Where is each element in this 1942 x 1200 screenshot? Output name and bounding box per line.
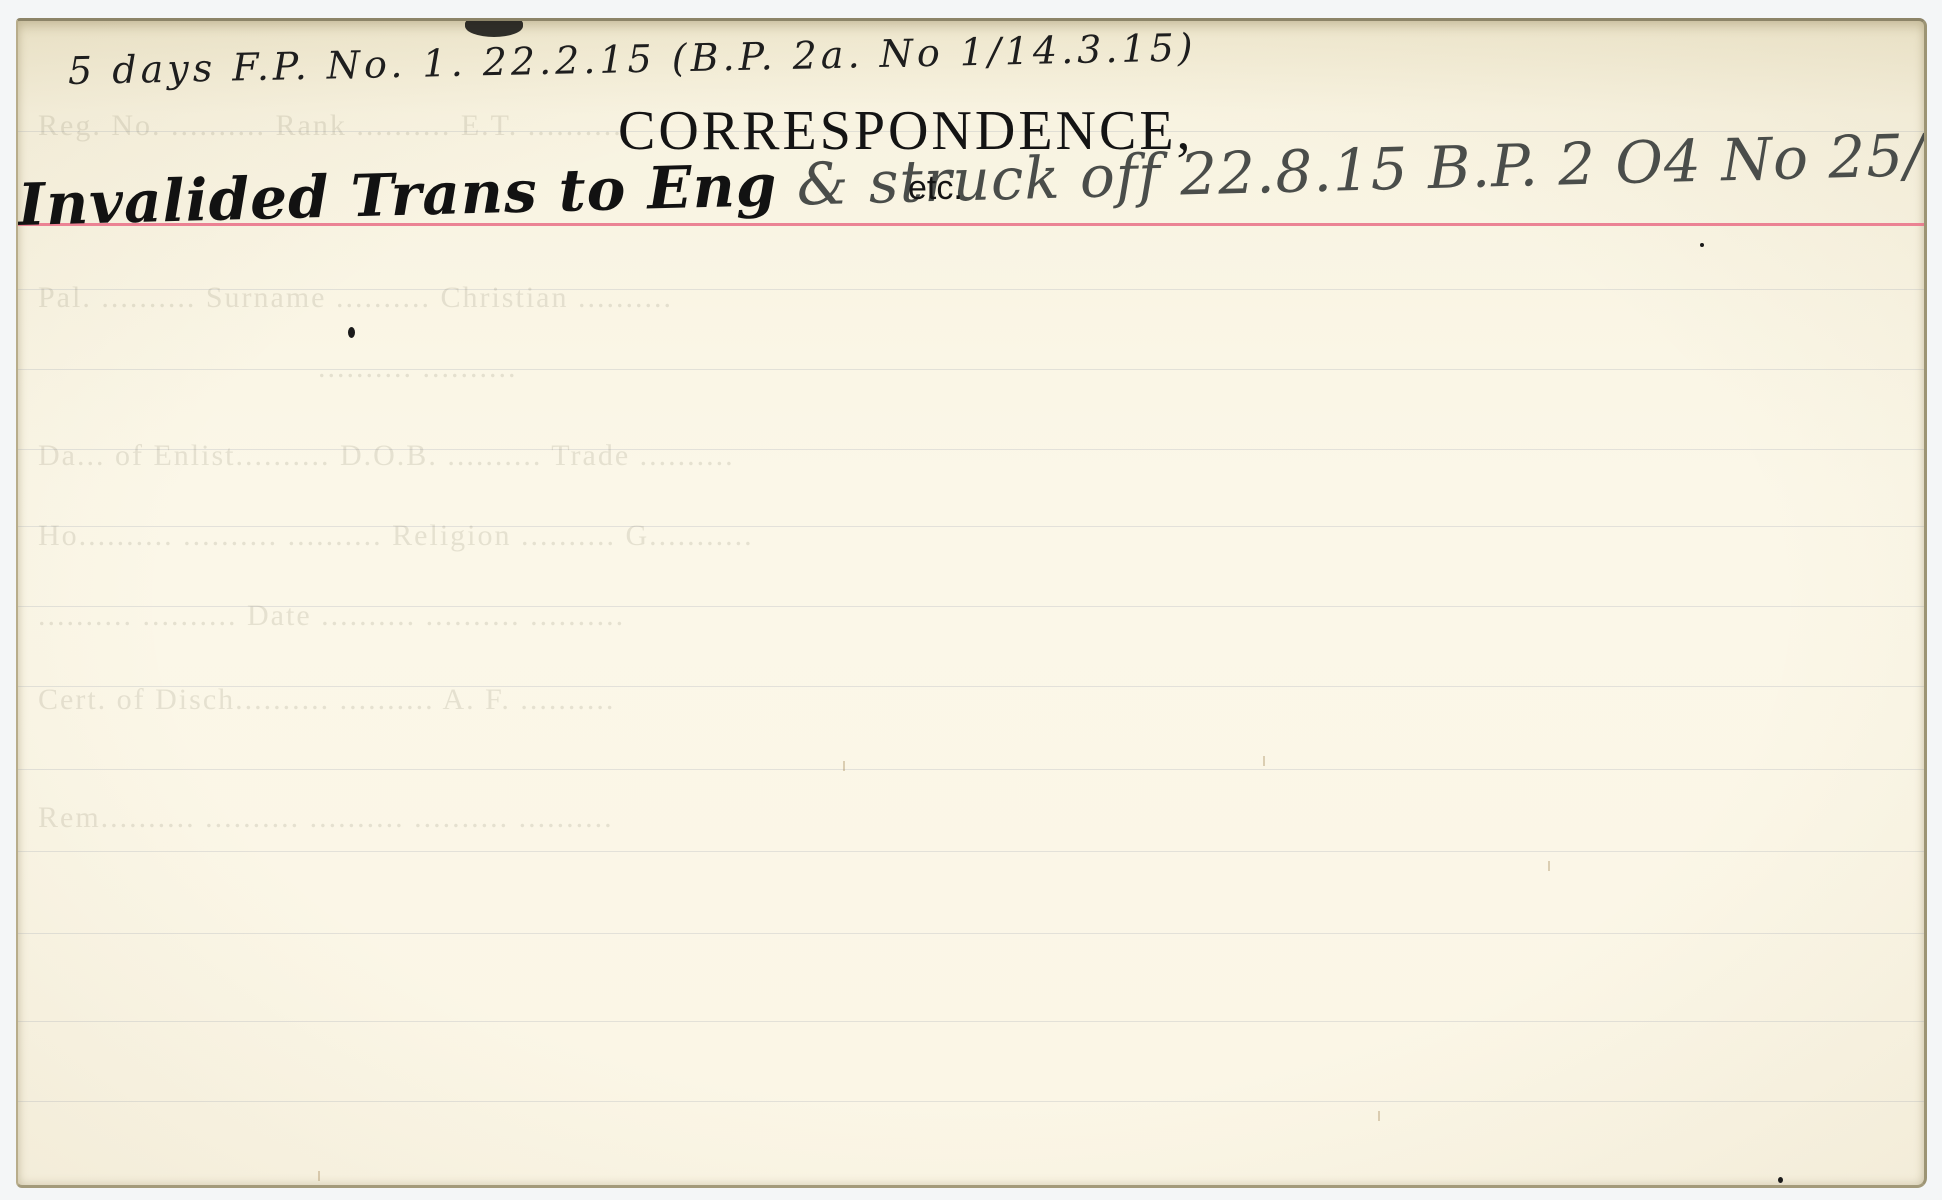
paper-speck xyxy=(843,761,845,771)
ink-blot xyxy=(465,18,523,37)
ruled-line xyxy=(18,1101,1924,1102)
paper-speck xyxy=(1378,1111,1380,1121)
show-through-text: Rem.......... .......... .......... ....… xyxy=(38,801,614,835)
ruled-line xyxy=(18,369,1924,370)
show-through-text: Pal. .......... Surname .......... Chris… xyxy=(38,281,673,315)
paper-speck xyxy=(1548,861,1550,871)
show-through-text: .......... .......... xyxy=(318,351,518,385)
ink-dot xyxy=(1700,243,1704,247)
show-through-text: Reg. No. .......... Rank .......... E.T.… xyxy=(38,109,623,143)
handwritten-top-note: 5 days F.P. No. 1. 22.2.15 (B.P. 2a. No … xyxy=(68,25,1197,93)
card-heading-etc: etc. xyxy=(908,169,963,208)
ruled-line xyxy=(18,851,1924,852)
ink-dot xyxy=(348,327,355,338)
ruled-line xyxy=(18,1021,1924,1022)
paper-speck xyxy=(1263,756,1265,766)
show-through-text: Ho.......... .......... .......... Relig… xyxy=(38,519,754,553)
ruled-line xyxy=(18,933,1924,934)
show-through-text: Cert. of Disch.......... .......... A. F… xyxy=(38,683,615,717)
ruled-line xyxy=(18,769,1924,770)
paper-speck xyxy=(318,1171,320,1181)
scanned-document: Reg. No. .......... Rank .......... E.T.… xyxy=(0,0,1942,1200)
show-through-text: .......... .......... Date .......... ..… xyxy=(38,599,625,633)
index-card: Reg. No. .......... Rank .......... E.T.… xyxy=(16,18,1927,1188)
ink-dot xyxy=(1778,1177,1783,1183)
show-through-text: Da... of Enlist.......... D.O.B. .......… xyxy=(38,439,735,473)
